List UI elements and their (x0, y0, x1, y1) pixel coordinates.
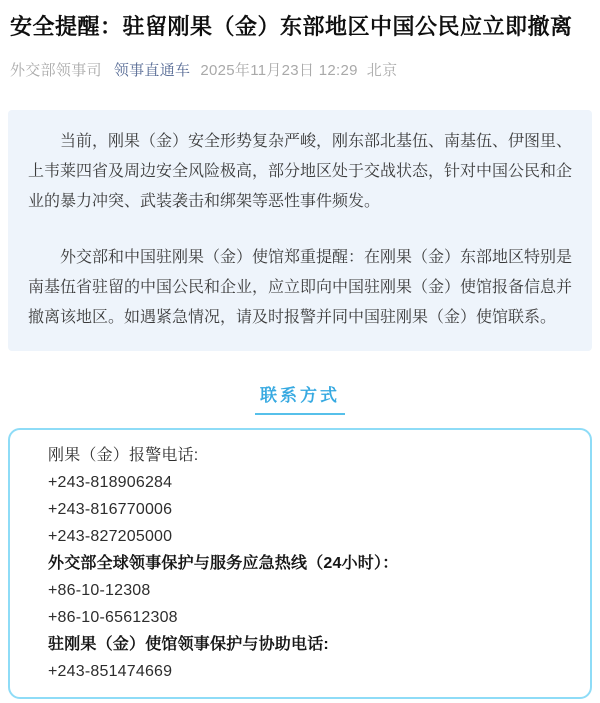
contact-line: +243-851474669 (48, 658, 570, 685)
contact-line: +86-10-65612308 (48, 604, 570, 631)
contact-box: 刚果（金）报警电话:+243-818906284+243-816770006+2… (8, 428, 592, 699)
contact-line: +243-818906284 (48, 469, 570, 496)
account-link[interactable]: 领事直通车 (114, 62, 191, 79)
notice-paragraph-1: 当前，刚果（金）安全形势复杂严峻，刚东部北基伍、南基伍、伊图里、上韦莱四省及周边… (28, 127, 572, 217)
contact-section-heading: 联系方式 (255, 381, 345, 415)
contact-line-heading: 驻刚果（金）使馆领事保护与协助电话: (48, 631, 570, 658)
contact-heading-wrap: 联系方式 (8, 381, 592, 415)
notice-box: 当前，刚果（金）安全形势复杂严峻，刚东部北基伍、南基伍、伊图里、上韦莱四省及周边… (8, 110, 592, 351)
article-page: 安全提醒：驻留刚果（金）东部地区中国公民应立即撤离 外交部领事司领事直通车202… (0, 0, 600, 703)
contact-line: +243-827205000 (48, 523, 570, 550)
notice-paragraph-2: 外交部和中国驻刚果（金）使馆郑重提醒：在刚果（金）东部地区特别是南基伍省驻留的中… (28, 243, 572, 333)
article-byline: 外交部领事司领事直通车2025年11月23日 12:29北京 (10, 59, 592, 80)
contact-line-heading: 外交部全球领事保护与服务应急热线（24小时）： (48, 550, 570, 577)
contact-line: +243-816770006 (48, 496, 570, 523)
contact-line: 刚果（金）报警电话: (48, 442, 570, 469)
byline-datetime: 2025年11月23日 12:29 (200, 62, 357, 79)
contact-line: +86-10-12308 (48, 577, 570, 604)
article-title: 安全提醒：驻留刚果（金）东部地区中国公民应立即撤离 (10, 12, 592, 42)
byline-location: 北京 (367, 62, 398, 79)
byline-author: 外交部领事司 (10, 62, 102, 79)
